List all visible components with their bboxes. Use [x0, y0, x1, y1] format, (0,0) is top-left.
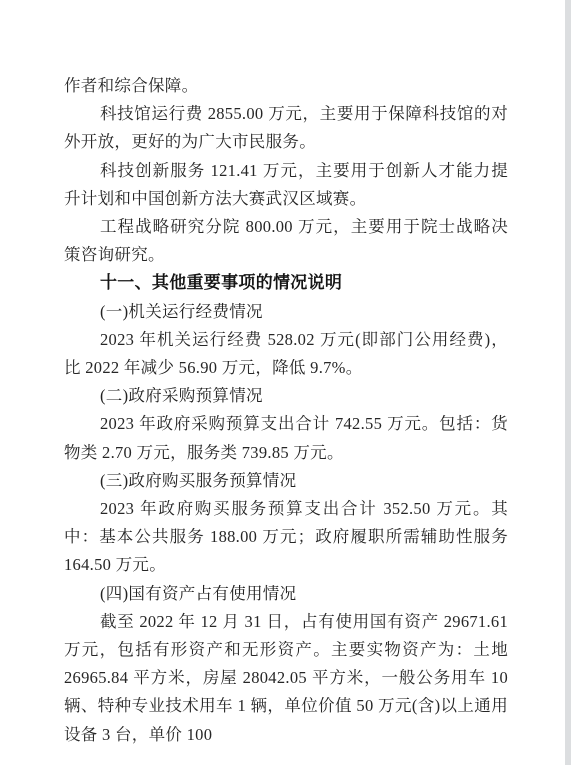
paragraph: 科技馆运行费 2855.00 万元，主要用于保障科技馆的对外开放，更好的为广大市…	[64, 100, 508, 156]
subsection-heading: (二)政府采购预算情况	[64, 382, 508, 410]
subsection-heading: (三)政府购买服务预算情况	[64, 467, 508, 495]
scrollbar-track[interactable]	[565, 0, 571, 765]
subsection-heading: (一)机关运行经费情况	[64, 298, 508, 326]
paragraph: 2023 年政府购买服务预算支出合计 352.50 万元。其中：基本公共服务 1…	[64, 495, 508, 580]
document-content: 作者和综合保障。科技馆运行费 2855.00 万元，主要用于保障科技馆的对外开放…	[64, 72, 508, 749]
paragraph: 2023 年机关运行经费 528.02 万元(即部门公用经费)，比 2022 年…	[64, 326, 508, 382]
subsection-heading: (四)国有资产占有使用情况	[64, 580, 508, 608]
paragraph: 作者和综合保障。	[64, 72, 508, 100]
paragraph: 科技创新服务 121.41 万元，主要用于创新人才能力提升计划和中国创新方法大赛…	[64, 157, 508, 213]
paragraph: 截至 2022 年 12 月 31 日，占有使用国有资产 29671.61 万元…	[64, 608, 508, 749]
document-page: 作者和综合保障。科技馆运行费 2855.00 万元，主要用于保障科技馆的对外开放…	[0, 0, 565, 779]
paragraph: 工程战略研究分院 800.00 万元，主要用于院士战略决策咨询研究。	[64, 213, 508, 269]
paragraph: 2023 年政府采购预算支出合计 742.55 万元。包括：货物类 2.70 万…	[64, 410, 508, 466]
section-heading: 十一、其他重要事项的情况说明	[64, 269, 508, 297]
